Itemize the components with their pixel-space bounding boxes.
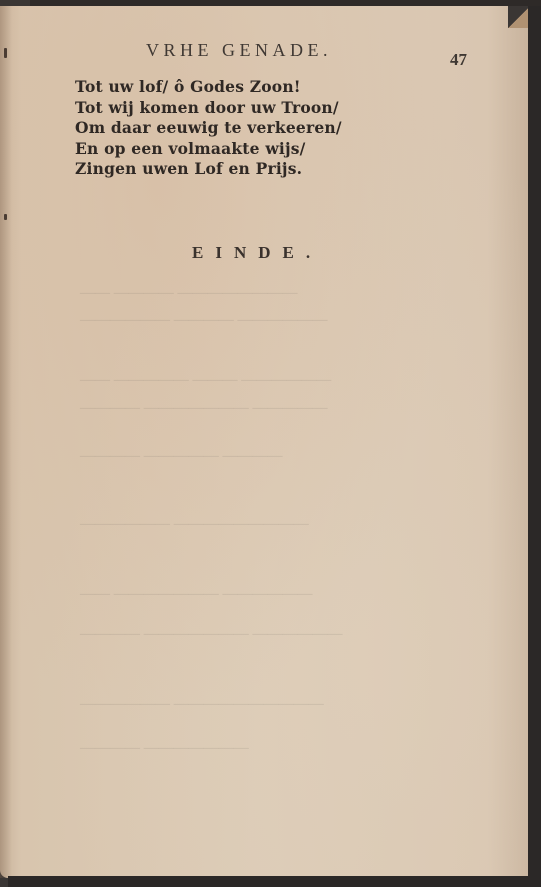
book-cover-edge-right (528, 6, 541, 887)
bleed-through-texture: —————— ——————— —— (80, 586, 313, 603)
bleed-through-texture: —————————— —————— (80, 696, 324, 713)
bleed-through-texture: ———— ————— ———— (80, 448, 283, 465)
page-gutter-shadow (0, 6, 12, 878)
verse-line: Tot uw lof/ ô Godes Zoon! (75, 77, 342, 98)
verse-line: Zingen uwen Lof en Prijs. (75, 159, 342, 180)
bleed-through-texture: ————————— —————— (80, 516, 309, 533)
margin-mark (4, 214, 7, 220)
bleed-through-texture: —————— ——— ————— —— (80, 372, 331, 389)
bleed-through-texture: ——————— ———— (80, 740, 249, 757)
closing-finis: EINDE. (192, 243, 322, 263)
page-corner (508, 6, 530, 28)
bleed-through-texture: ———————— ———— —— (80, 285, 298, 302)
running-head: VRHE GENADE. (146, 40, 332, 61)
bleed-through-texture: —————— ——————— ———— (80, 626, 343, 643)
verse-line: Om daar eeuwig te verkeeren/ (75, 118, 342, 139)
verse-line: En op een volmaakte wijs/ (75, 139, 342, 160)
margin-mark (4, 48, 7, 58)
bleed-through-texture: ————— ——————— ———— (80, 400, 328, 417)
book-cover-edge-bottom (8, 876, 541, 887)
verse-line: Tot wij komen door uw Troon/ (75, 98, 342, 119)
bleed-through-texture: —————— ———— —————— (80, 312, 328, 329)
verse-stanza: Tot uw lof/ ô Godes Zoon! Tot wij komen … (75, 77, 342, 180)
page-number: 47 (450, 50, 467, 70)
